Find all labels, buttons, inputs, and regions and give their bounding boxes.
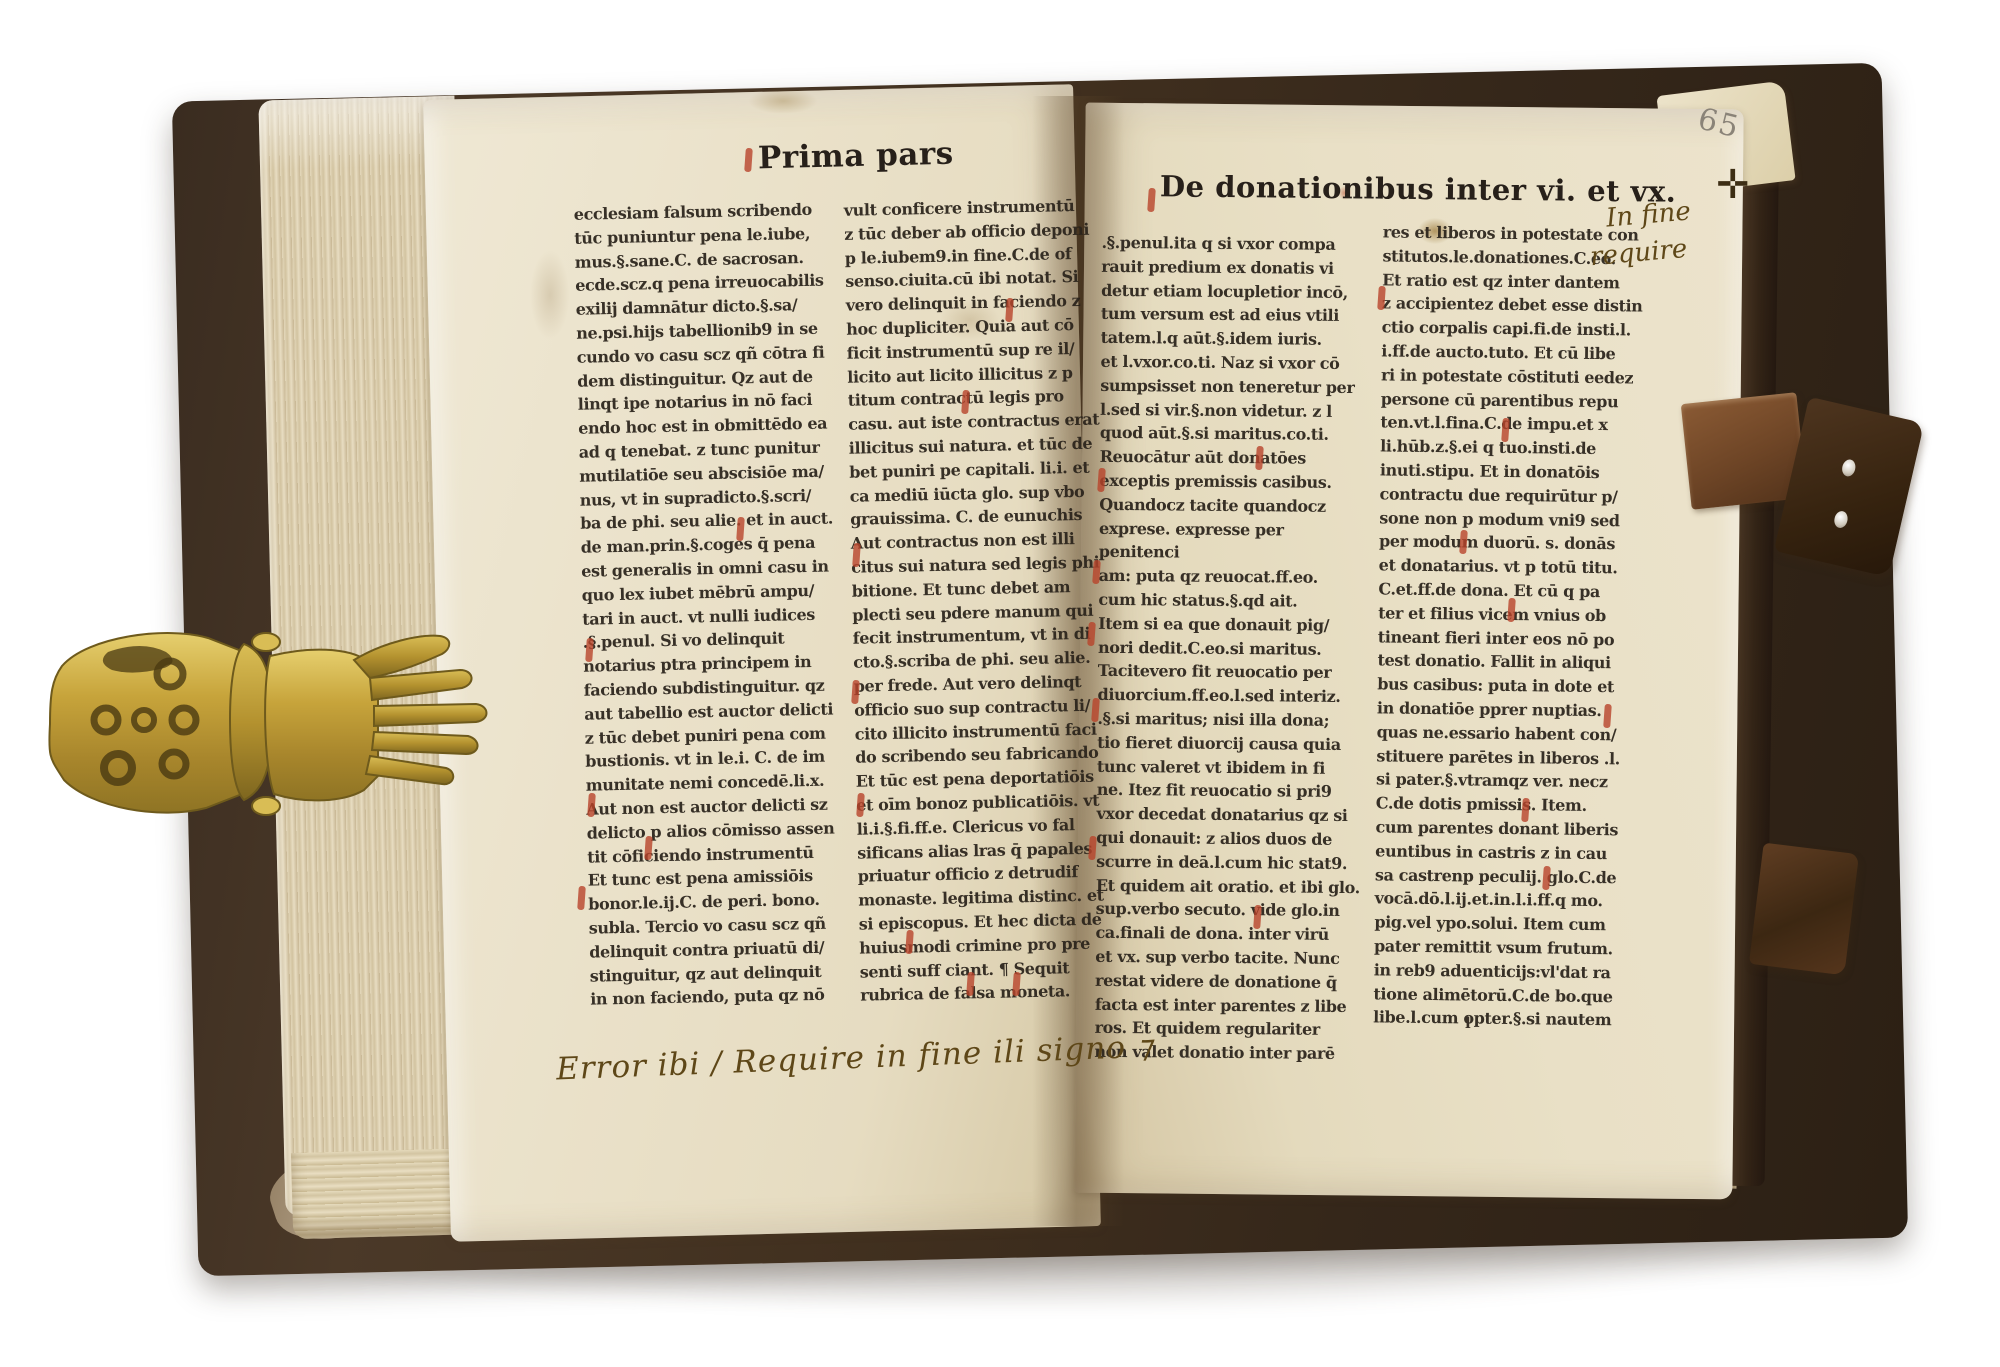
page-stain	[530, 250, 570, 340]
left-page-running-title: Prima pars	[758, 136, 954, 177]
clasp-finger-little	[366, 756, 453, 784]
clasp-hand-palm	[265, 650, 378, 801]
right-page-running-title: De donationibus inter vi. et vx.	[1160, 169, 1677, 208]
clasp-rivet	[1833, 510, 1849, 529]
clasp-finger-ring	[372, 732, 478, 754]
leather-strap-stub	[1749, 843, 1859, 976]
right-page-column-1: .§.penul.ita q si vxor compa rauit predi…	[1094, 231, 1369, 1066]
left-page-column-2: vult conficere instrumentū z tūc deber a…	[844, 193, 1123, 1007]
manuscript-cross-mark: ✛	[1716, 162, 1750, 208]
clasp-rivet	[1841, 458, 1857, 477]
quire-signature-mark: l	[1465, 1014, 1471, 1032]
right-page-column-2: res et liberos in potestate con stitutos…	[1373, 220, 1651, 1032]
brass-hand-clasp	[48, 608, 488, 848]
clasp-finger-middle	[374, 704, 487, 726]
photograph-of-open-incunabulum: Prima pars ecclesiam falsum scribendo tū…	[0, 0, 2000, 1367]
left-page-column-1: ecclesiam falsum scribendo tūc puniuntur…	[574, 197, 853, 1011]
page-stain	[748, 88, 818, 114]
